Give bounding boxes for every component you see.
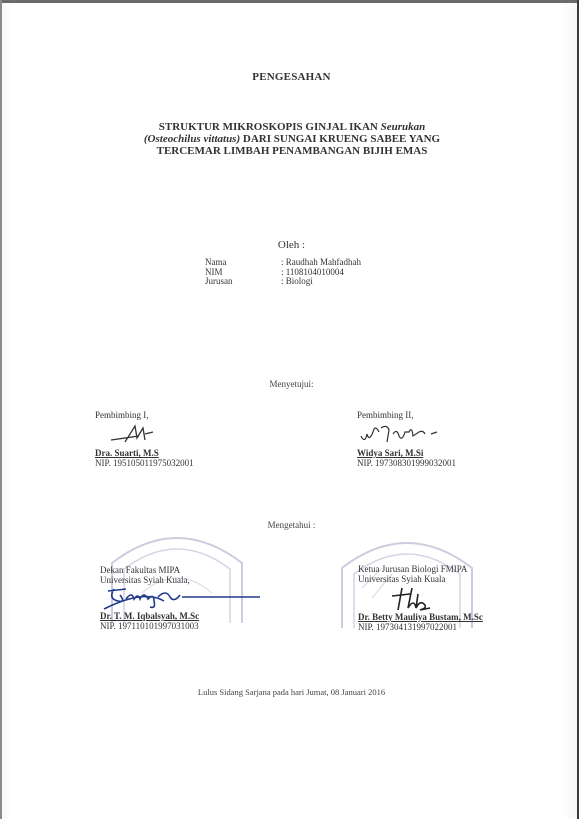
dean-block: Dekan Fakultas MIPA Universitas Syiah Ku… [100, 565, 270, 631]
viewer-frame-left [0, 0, 2, 819]
title-line1-prefix: STRUKTUR MIKROSKOPIS GINJAL IKAN [159, 121, 381, 133]
supervisor-1-nip: NIP. 195105011975032001 [95, 458, 194, 468]
thesis-title: STRUKTUR MIKROSKOPIS GINJAL IKAN Seuruka… [82, 121, 502, 157]
head-role-line1: Ketua Jurusan Biologi FMIPA [358, 564, 483, 574]
dean-role-line1: Dekan Fakultas MIPA [100, 565, 270, 575]
approval-label: Menyetujui: [2, 379, 579, 389]
dean-role-line2: Universitas Syiah Kuala, [100, 575, 270, 585]
dean-nip: NIP. 197110101997031003 [100, 621, 270, 631]
student-info: Nama : Raudhah Mahfadhah NIM : 110810401… [205, 258, 361, 287]
head-name: Dr. Betty Mauliya Bustam, M.Sc [358, 612, 483, 622]
title-line2-italic: (Osteochilus vittatus) [144, 133, 240, 145]
student-major-label: Jurusan [205, 277, 281, 287]
supervisor-2-role: Pembimbing II, [357, 410, 467, 420]
head-nip: NIP. 197304131997022001 [358, 622, 483, 632]
title-line2-rest: DARI SUNGAI KRUENG SABEE YANG [240, 133, 440, 145]
student-major-row: Jurusan : Biologi [205, 277, 361, 287]
supervisor-1-block: Pembimbing I, Dra. Suarti, M.S NIP. 1951… [95, 410, 194, 468]
supervisor-2-block: Pembimbing II, Widya Sari, M.Si NIP. 197… [357, 410, 467, 468]
page-heading: PENGESAHAN [2, 71, 579, 83]
oleh-label: Oleh : [2, 239, 579, 251]
student-major-value: : Biologi [281, 277, 313, 287]
graduation-statement: Lulus Sidang Sarjana pada hari Jumat, 08… [2, 687, 579, 697]
title-line3: TERCEMAR LIMBAH PENAMBANGAN BIJIH EMAS [157, 145, 428, 157]
supervisor-1-name: Dra. Suarti, M.S [95, 448, 194, 458]
supervisor-2-signature-icon [357, 420, 467, 448]
dean-name: Dr. T. M. Iqbalsyah, M.Sc [100, 611, 270, 621]
head-role-line2: Universitas Syiah Kuala [358, 574, 483, 584]
supervisor-2-name: Widya Sari, M.Si [357, 448, 467, 458]
acknowledged-label: Mengetahui : [2, 520, 579, 530]
head-signature-icon [358, 584, 478, 612]
head-of-department-block: Ketua Jurusan Biologi FMIPA Universitas … [358, 564, 483, 632]
supervisor-2-nip: NIP. 197308301999032001 [357, 458, 467, 468]
dean-signature-icon [100, 585, 270, 611]
supervisor-1-signature-icon [95, 420, 185, 448]
supervisor-1-role: Pembimbing I, [95, 410, 194, 420]
title-line1-italic: Seurukan [381, 121, 426, 133]
document-page: PENGESAHAN STRUKTUR MIKROSKOPIS GINJAL I… [2, 3, 577, 819]
